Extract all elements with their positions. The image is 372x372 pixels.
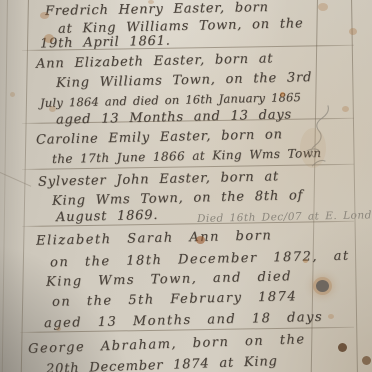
foxing-spot: [40, 12, 49, 19]
right-margin-rule: [351, 0, 358, 372]
register-line: Elizabeth Sarah Ann born: [36, 228, 273, 248]
dark-stain: [362, 356, 371, 365]
left-margin-rule: [21, 0, 29, 372]
punch-hole: [316, 280, 329, 292]
foxing-spot: [318, 3, 328, 11]
pencil-death-note: Died 16th Dec/07 at E. London: [197, 209, 372, 225]
register-line: King Wms Town, and died: [46, 269, 292, 290]
foxing-spot: [49, 106, 56, 112]
register-line: 20th December 1874 at King: [46, 354, 278, 372]
register-line: Sylvester John Easter, born at: [38, 169, 279, 189]
register-line: on the 5th February 1874: [52, 289, 297, 310]
dark-stain: [338, 343, 347, 352]
register-line: King Williams Town, on the 3rd: [56, 70, 312, 91]
register-line: King Wms Town, on the 8th of: [52, 188, 304, 209]
foxing-spot: [280, 92, 285, 97]
register-line: the 17th June 1866 at King Wms Town: [52, 146, 322, 166]
foxing-spot: [10, 92, 15, 97]
register-line: George Abraham, born on the: [28, 332, 306, 357]
register-line: 19th April 1861.: [40, 34, 171, 52]
register-page-photo: Fredrich Henry Easter, born at King Will…: [0, 0, 372, 372]
register-line: Fredrich Henry Easter, born: [45, 0, 269, 19]
foxing-spot: [342, 106, 349, 112]
foxing-spot: [349, 28, 357, 35]
left-margin-rule-outer: [2, 0, 8, 372]
register-line: at King Williams Town, on the: [58, 16, 304, 37]
foxing-spot: [328, 314, 334, 319]
register-line: Ann Elizabeth Easter, born at: [36, 51, 274, 71]
register-line: August 1869.: [56, 208, 159, 225]
foxing-spot: [44, 34, 54, 43]
register-line: Caroline Emily Easter, born on: [36, 127, 283, 148]
paper-stain: [300, 128, 326, 168]
foxing-spot: [148, 0, 154, 4]
foxing-spot: [303, 259, 308, 263]
foxing-spot: [56, 327, 61, 331]
register-line: aged 13 Months and 13 days: [56, 107, 292, 127]
ink-blot: [196, 236, 205, 244]
register-line: July 1864 and died on 16th January 1865: [40, 90, 301, 110]
